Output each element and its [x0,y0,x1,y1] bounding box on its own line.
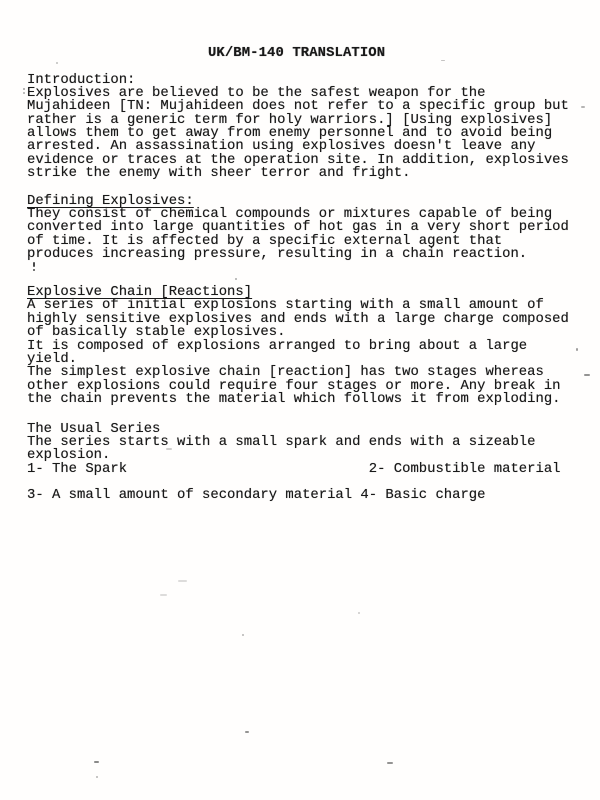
scan-speck [94,761,99,763]
scan-speck [581,106,585,108]
section-explosive-chain: Explosive Chain [Reactions]A series of i… [27,286,590,407]
scan-speck [166,448,172,450]
document-title: UK/BM-140 TRANSLATION [208,46,385,60]
text-line: strike the enemy with sheer terror and f… [27,167,590,180]
scan-speck [576,348,578,351]
scan-speck [23,92,25,94]
scan-speck [441,60,445,61]
text-line: the chain prevents the material which fo… [27,393,590,406]
scan-speck [33,262,35,267]
section-usual-series: The Usual SeriesThe series starts with a… [27,423,590,503]
scan-speck [56,62,58,64]
text-line: The series starts with a small spark and… [27,436,590,449]
text-line: 3- A small amount of secondary material … [27,489,590,502]
section-introduction: Introduction:Explosives are believed to … [27,74,590,181]
scan-speck [33,269,35,271]
scan-speck [160,594,167,596]
text-line: It is composed of explosions arranged to… [27,340,590,353]
scan-speck [358,612,360,614]
text-line: produces increasing pressure, resulting … [27,248,590,261]
section-defining-explosives: Defining Explosives:They consist of chem… [27,195,590,262]
scan-speck [242,634,244,636]
scan-speck [387,762,393,764]
text-line: 1- The Spark 2- Combustible material [27,463,590,476]
scan-speck [584,374,590,376]
scan-speck [23,88,25,90]
scan-speck [96,776,98,778]
document-page: UK/BM-140 TRANSLATION Introduction:Explo… [0,0,600,800]
scan-speck [178,580,187,582]
scan-speck [235,278,237,280]
scan-speck [245,731,249,733]
